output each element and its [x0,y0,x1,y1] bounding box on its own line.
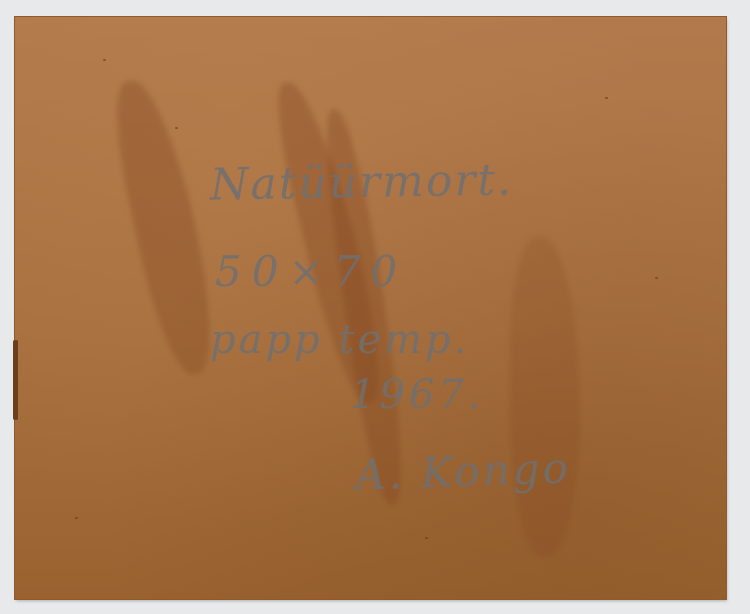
speck [175,127,178,129]
inscription-dimensions: 50×70 [215,247,407,296]
speck [75,517,78,519]
speck [103,59,106,61]
water-stain [510,237,580,557]
inscription-year: 1967. [350,372,485,418]
inscription-signature: A. Kongo [354,443,571,500]
inscription-medium: papp temp. [210,317,469,363]
water-stain [104,74,225,380]
inscription-title: Natüürmort. [210,154,514,210]
speck [655,277,658,279]
torn-edge [13,340,18,420]
speck [605,97,608,99]
speck [425,537,428,539]
cardboard-panel: Natüürmort. 50×70 papp temp. 1967. A. Ko… [15,17,726,599]
